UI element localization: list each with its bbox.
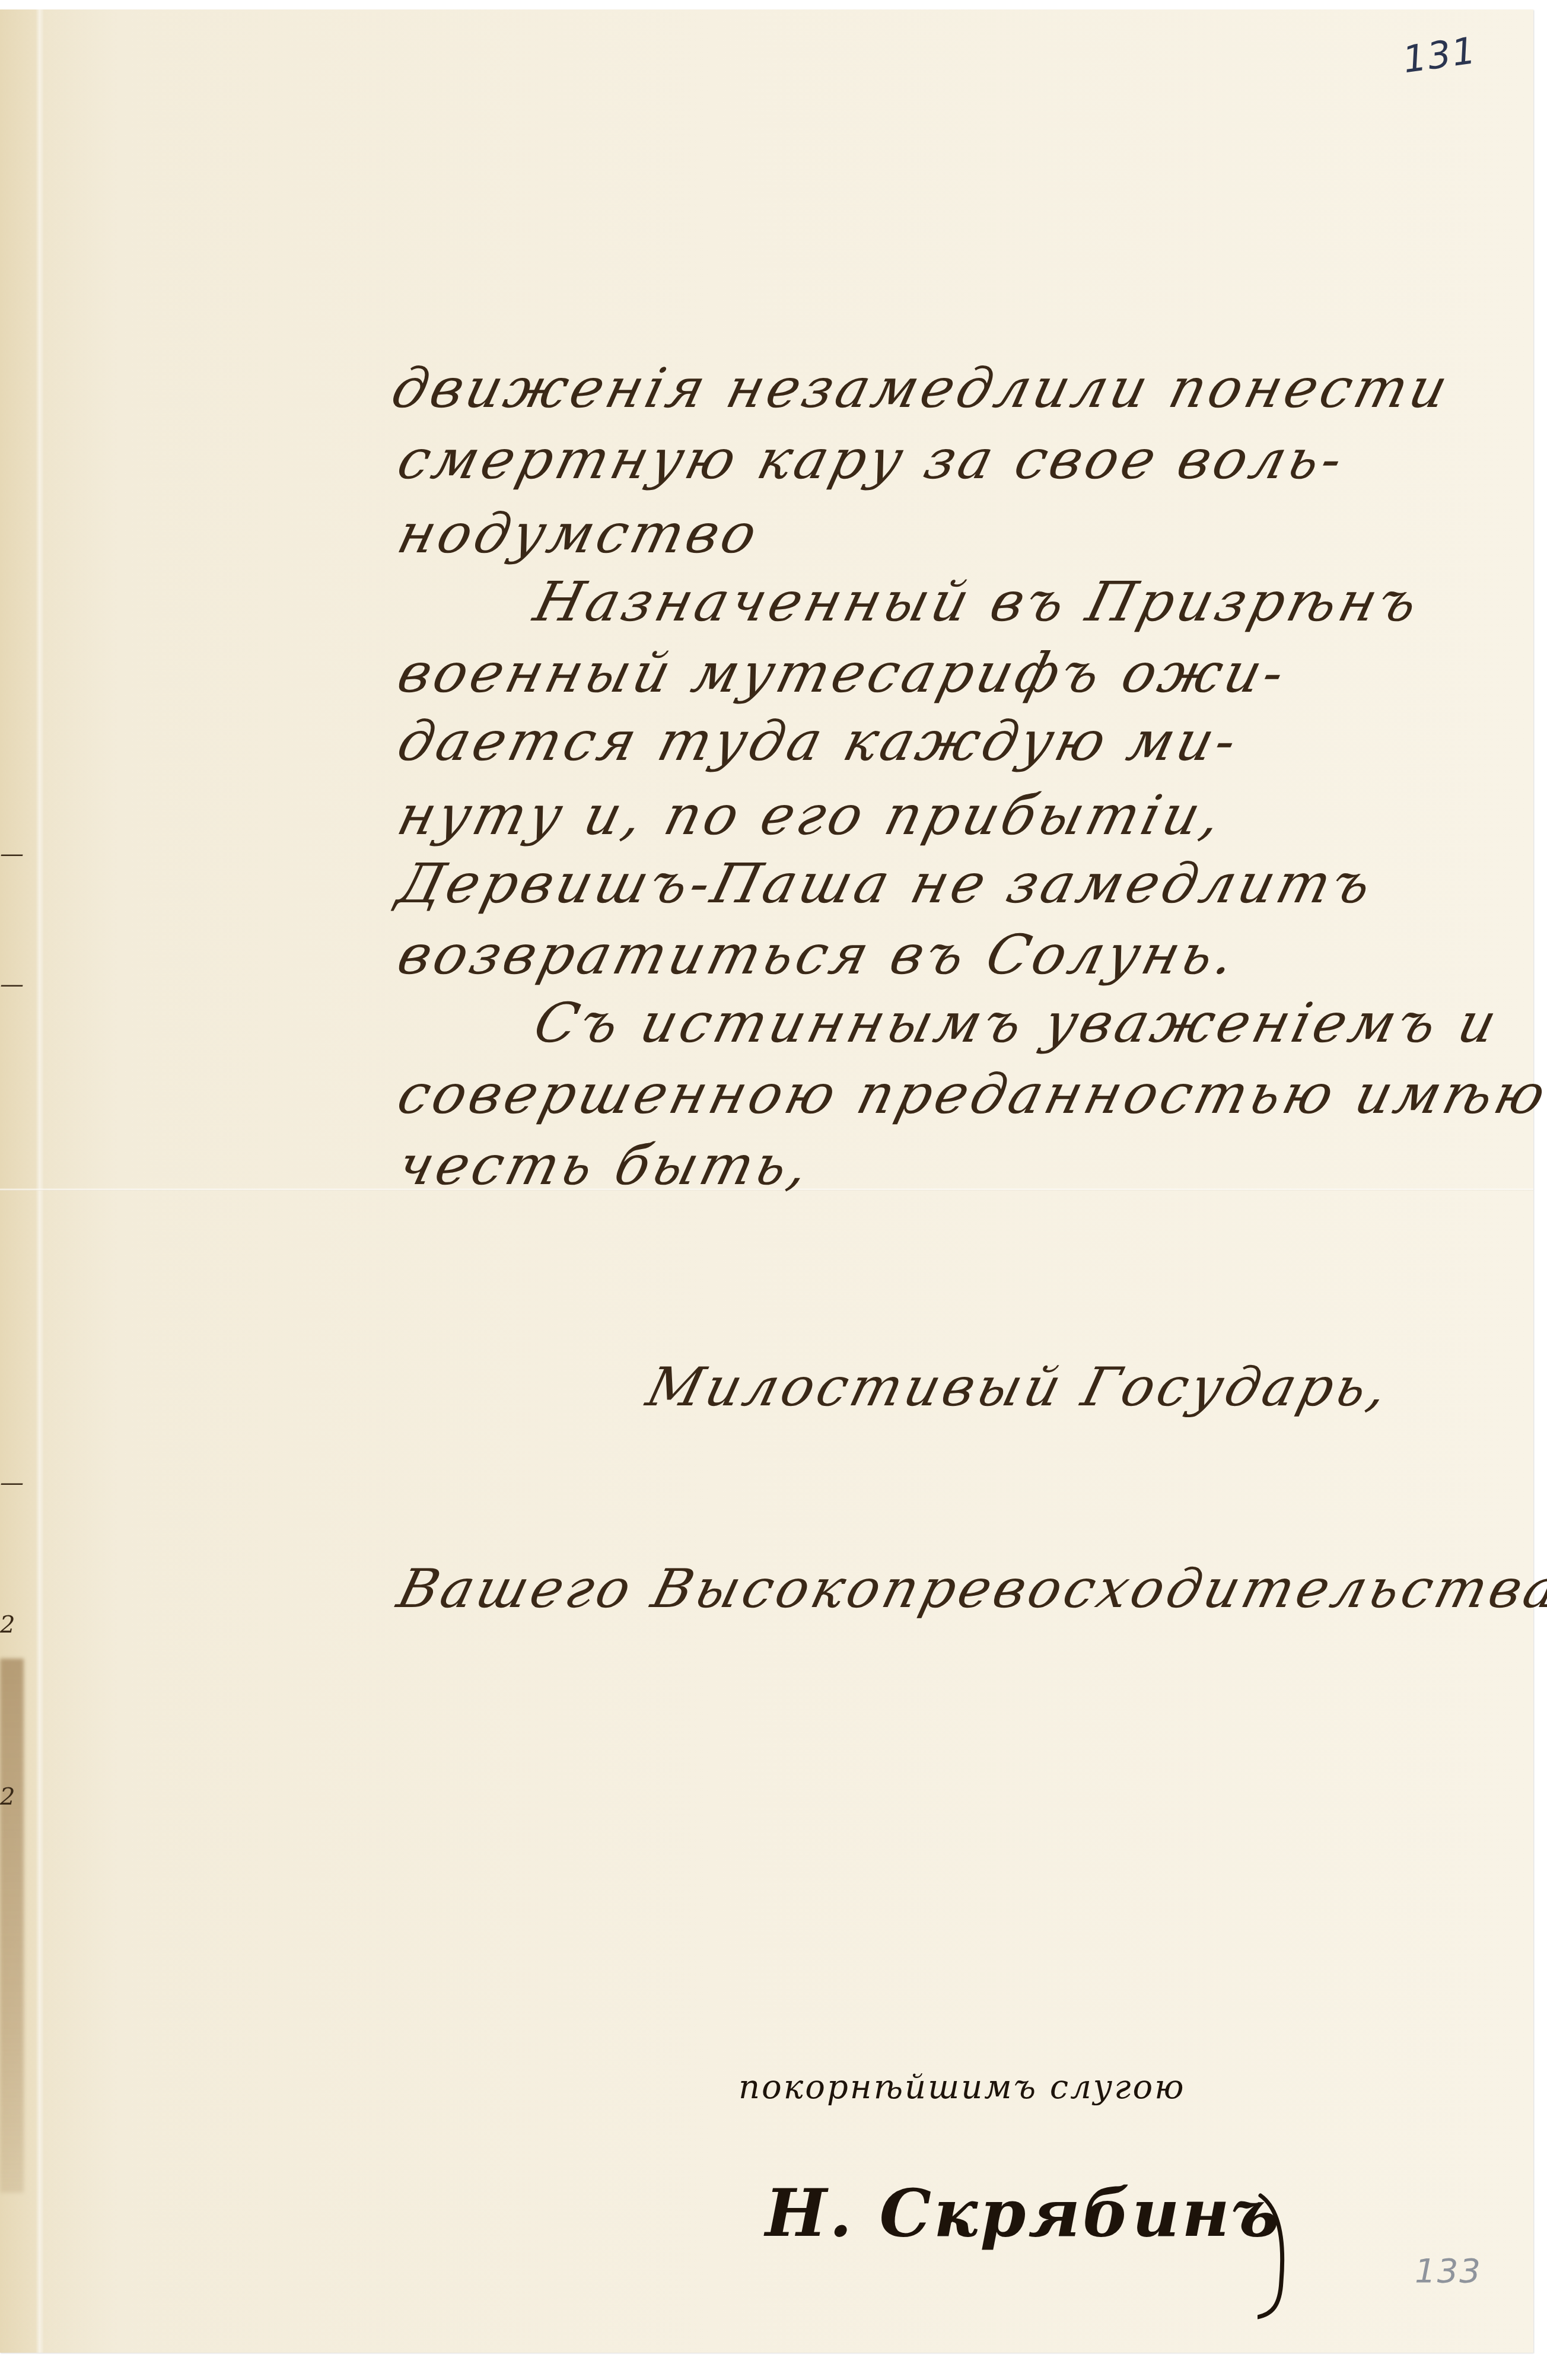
margin-fragment: 2 [0,1783,15,1811]
body-line-1: движенія незамедлили понести [386,357,1457,420]
body-line-4: Назначенный въ Призрѣнъ [528,570,1427,634]
margin-fragment: — [0,840,24,867]
body-line-6: дается туда каждую ми- [391,709,1246,773]
body-line-7: нуту и, по его прибытіи, [391,784,1231,847]
address-line: Вашего Высокопревосходительства [391,1558,1547,1620]
closing-formula: покорнѣйшимъ слугою [739,2068,1186,2107]
binding-fold [36,9,44,2353]
body-line-10: Съ истиннымъ уваженіемъ и [528,991,1506,1055]
body-line-8: Дервишъ-Паша не замедлитъ [391,852,1381,915]
body-line-12: честь быть, [391,1134,819,1197]
archive-pencil-number: 133 [1415,2252,1482,2290]
folio-number: 131 [1400,28,1479,82]
body-line-11: совершенною преданностью имѣю [391,1062,1547,1126]
document-page: — — — 2 2 131 движенія незамедлили понес… [0,9,1533,2353]
salutation: Милостивый Государь, [641,1356,1398,1418]
margin-fragment: — [0,971,24,998]
body-line-3: нодумство [391,502,766,565]
body-line-2: смертную кару за свое воль- [391,428,1352,491]
body-line-9: возвратиться въ Солунь. [391,923,1244,987]
margin-fragment: 2 [0,1611,15,1638]
water-stain [0,1659,24,2193]
body-line-5: военный мутесарифъ ожи- [391,641,1294,705]
signature-flourish-icon [1258,2193,1293,2323]
signature: Н. Скрябинъ [765,2175,1282,2251]
margin-fragment: — [0,1469,24,1496]
